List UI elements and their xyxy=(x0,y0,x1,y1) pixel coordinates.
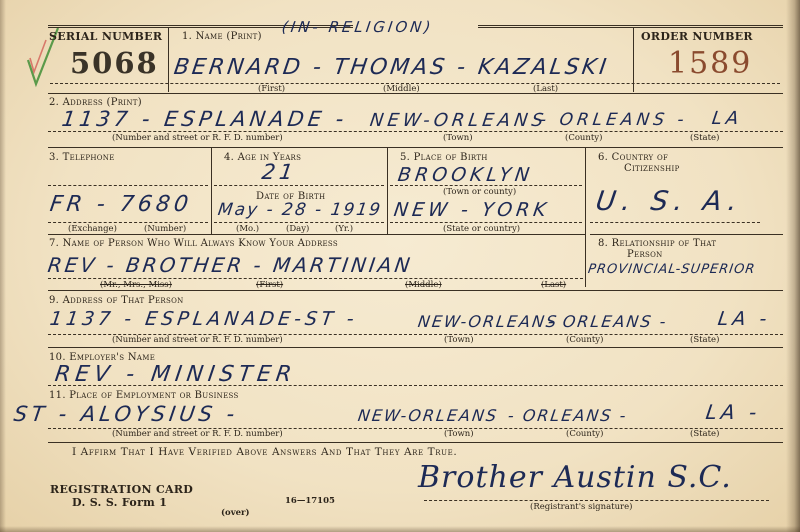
employment-place-label: 11. Place of Employment or Business xyxy=(49,390,239,401)
dob-value: May - 28 - 1919 xyxy=(217,200,384,220)
caption-town: (Town) xyxy=(444,429,474,439)
contact-value: REV - BROTHER - MARTINIAN xyxy=(46,253,414,277)
top-border-right xyxy=(478,25,783,28)
contact-address-town: NEW-ORLEANS xyxy=(417,312,560,331)
citizenship-value: U. S. A. xyxy=(594,186,745,217)
name-note: (IN- RELIGION) xyxy=(281,18,435,36)
citizenship-label-2: Citizenship xyxy=(624,163,680,174)
relationship-label-2: Person xyxy=(627,249,663,260)
caption-town: (Town) xyxy=(443,133,473,143)
print-code: 16—17105 xyxy=(285,496,335,506)
address-county: - ORLEANS - xyxy=(539,110,689,130)
address-line xyxy=(48,131,783,132)
caption-middle: (Middle) xyxy=(405,280,442,290)
birthplace-state: NEW - YORK xyxy=(392,199,551,221)
contact-address-label: 9. Address of That Person xyxy=(49,295,184,306)
caption-month: (Mo.) xyxy=(236,224,259,234)
divider xyxy=(387,147,388,234)
relationship-value: PROVINCIAL-SUPERIOR xyxy=(587,262,756,277)
row-divider xyxy=(48,234,585,235)
caption-street: (Number and street or R. F. D. number) xyxy=(112,335,283,345)
caption-county: (County) xyxy=(565,133,602,143)
caption-town: (Town) xyxy=(444,335,474,345)
row-divider xyxy=(48,442,783,443)
signature-line xyxy=(424,500,769,501)
card-title: Registration Card xyxy=(50,483,193,496)
card-edge-left xyxy=(0,0,6,532)
age-line xyxy=(214,185,384,186)
caption-street: (Number and street or R. F. D. number) xyxy=(112,133,283,143)
dob-line xyxy=(214,222,384,223)
caption-first: (First) xyxy=(256,280,283,290)
form-number: D. S. S. Form 1 xyxy=(72,496,167,509)
caption-state-country: (State or country) xyxy=(443,224,520,234)
serial-number-value: 5068 xyxy=(70,46,159,80)
employment-place-street: ST - ALOYSIUS - xyxy=(12,402,240,426)
caption-state: (State) xyxy=(690,133,719,143)
birthplace-label: 5. Place of Birth xyxy=(400,152,488,163)
address-state: LA xyxy=(711,108,744,129)
employment-place-county: - ORLEANS - xyxy=(507,406,629,425)
contact-address-county: - ORLEANS - xyxy=(547,312,669,331)
caption-number: (Number) xyxy=(144,224,186,234)
row-divider xyxy=(48,347,783,348)
caption-last: (Last) xyxy=(541,280,566,290)
order-number-label: ORDER NUMBER xyxy=(641,30,753,43)
divider xyxy=(211,147,212,234)
employer-line xyxy=(48,385,783,386)
row-divider xyxy=(48,93,783,94)
telephone-value: FR - 7680 xyxy=(48,192,193,217)
serial-number-label: SERIAL NUMBER xyxy=(49,30,162,43)
contact-line xyxy=(48,278,583,279)
citizenship-line xyxy=(590,222,760,223)
registrant-signature: Brother Austin S.C. xyxy=(418,460,732,495)
address-street: 1137 - ESPLANADE - xyxy=(60,107,349,131)
employer-value: REV - MINISTER xyxy=(53,362,298,387)
employment-place-state: LA - xyxy=(704,400,762,424)
caption-title: (Mr., Mrs., Miss) xyxy=(100,280,172,290)
telephone-line-top xyxy=(48,185,208,186)
telephone-line xyxy=(48,222,208,223)
telephone-label: 3. Telephone xyxy=(49,152,115,163)
contact-address-street: 1137 - ESPLANADE-ST - xyxy=(48,308,359,330)
card-edge-bottom xyxy=(0,526,800,532)
caption-exchange: (Exchange) xyxy=(68,224,117,234)
caption-county: (County) xyxy=(566,429,603,439)
birthplace-town: BROOKLYN xyxy=(396,164,534,186)
affirmation-text: I Affirm That I Have Verified Above Answ… xyxy=(72,446,457,458)
caption-town-county: (Town or county) xyxy=(443,187,516,197)
employment-place-town: NEW-ORLEANS xyxy=(357,406,500,425)
contact-label: 7. Name of Person Who Will Always Know Y… xyxy=(49,238,338,249)
caption-day: (Day) xyxy=(286,224,309,234)
caption-state: (State) xyxy=(690,335,719,345)
registration-card: SERIAL NUMBER 5068 1. Name (Print) (IN- … xyxy=(0,0,800,532)
row-divider xyxy=(48,147,783,148)
citizenship-label: 6. Country of xyxy=(598,152,668,163)
caption-street: (Number and street or R. F. D. number) xyxy=(112,429,283,439)
card-edge-right xyxy=(786,0,800,532)
order-number-value: 1589 xyxy=(668,46,752,81)
relationship-label: 8. Relationship of That xyxy=(598,238,716,249)
caption-state: (State) xyxy=(690,429,719,439)
contact-address-state: LA - xyxy=(716,308,772,330)
over-text: (over) xyxy=(221,508,250,518)
age-value: 21 xyxy=(260,160,298,184)
caption-county: (County) xyxy=(566,335,603,345)
caption-year: (Yr.) xyxy=(335,224,353,234)
row-divider xyxy=(48,290,783,291)
name-value: BERNARD - THOMAS - KAZALSKI xyxy=(172,55,610,80)
row-divider xyxy=(590,234,783,235)
address-town: NEW-ORLEANS xyxy=(369,110,549,131)
divider xyxy=(585,147,586,287)
birthplace-line-town xyxy=(390,185,582,186)
name-label: 1. Name (Print) xyxy=(182,31,262,42)
signature-caption: (Registrant's signature) xyxy=(530,502,632,512)
birthplace-line-state xyxy=(390,222,582,223)
divider xyxy=(633,28,634,92)
